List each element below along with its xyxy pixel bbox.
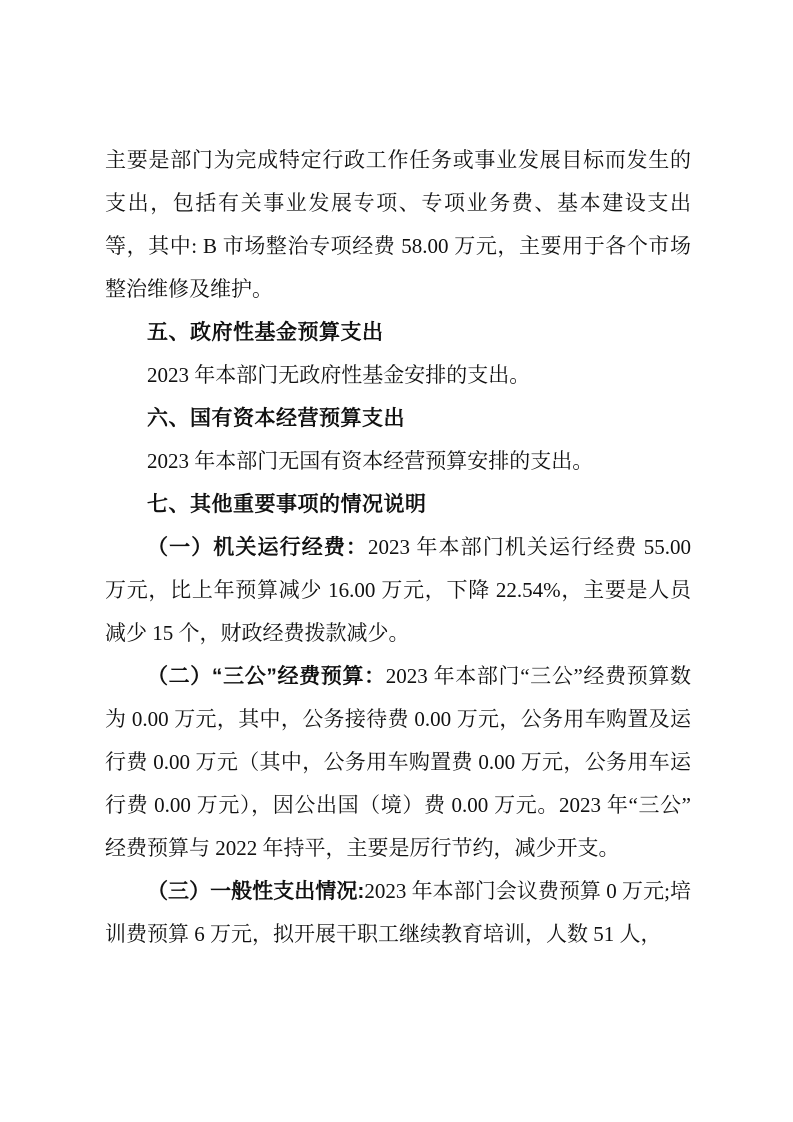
paragraph-section-5-body: 2023 年本部门无政府性基金安排的支出。 [105, 354, 691, 397]
item-2-body-text: 2023 年本部门“三公”经费预算数为 0.00 万元，其中，公务接待费 0.0… [105, 664, 691, 860]
paragraph-section-6-body: 2023 年本部门无国有资本经营预算安排的支出。 [105, 440, 691, 483]
heading-section-6-state-capital-budget: 六、国有资本经营预算支出 [105, 397, 691, 440]
paragraph-item-1-agency-operating-funds: （一）机关运行经费：2023 年本部门机关运行经费 55.00 万元，比上年预算… [105, 526, 691, 655]
paragraph-item-3-general-expenditure: （三）一般性支出情况:2023 年本部门会议费预算 0 万元;培训费预算 6 万… [105, 870, 691, 956]
item-3-lead-label: （三）一般性支出情况: [147, 880, 364, 903]
item-1-lead-label: （一）机关运行经费： [147, 536, 368, 559]
document-page: 主要是部门为完成特定行政工作任务或事业发展目标而发生的支出，包括有关事业发展专项… [0, 0, 793, 1122]
item-2-lead-label: （二）“三公”经费预算： [147, 665, 386, 688]
document-body: 主要是部门为完成特定行政工作任务或事业发展目标而发生的支出，包括有关事业发展专项… [105, 139, 691, 956]
paragraph-project-expenditure-continuation: 主要是部门为完成特定行政工作任务或事业发展目标而发生的支出，包括有关事业发展专项… [105, 139, 691, 311]
heading-section-7-other-important-matters: 七、其他重要事项的情况说明 [105, 483, 691, 526]
paragraph-item-2-three-public-expenses: （二）“三公”经费预算：2023 年本部门“三公”经费预算数为 0.00 万元，… [105, 655, 691, 870]
heading-section-5-government-fund-budget: 五、政府性基金预算支出 [105, 311, 691, 354]
